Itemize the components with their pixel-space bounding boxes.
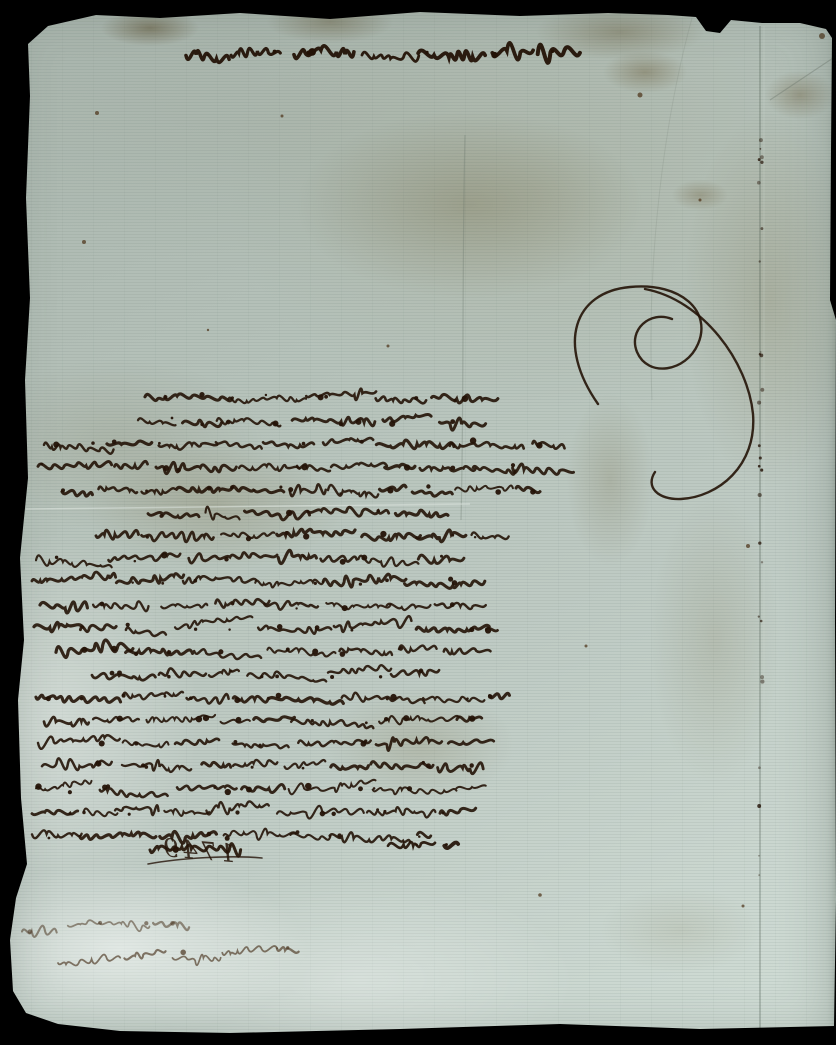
manuscript-sheet: 1749 — [0, 0, 836, 1045]
paper-shadow: 1749 — [0, 0, 836, 1045]
scan-background: 1749 — [0, 0, 836, 1045]
date-text: 1749 — [159, 833, 237, 868]
faded-footer-script — [22, 920, 299, 965]
ink-bleedthrough-layer: 1749 — [0, 0, 836, 1045]
mirrored-handwriting-block — [32, 43, 580, 864]
vertical-fold-line — [757, 26, 764, 1028]
calligraphic-flourish — [575, 286, 753, 499]
mirrored-date-1749: 1749 — [159, 833, 237, 868]
